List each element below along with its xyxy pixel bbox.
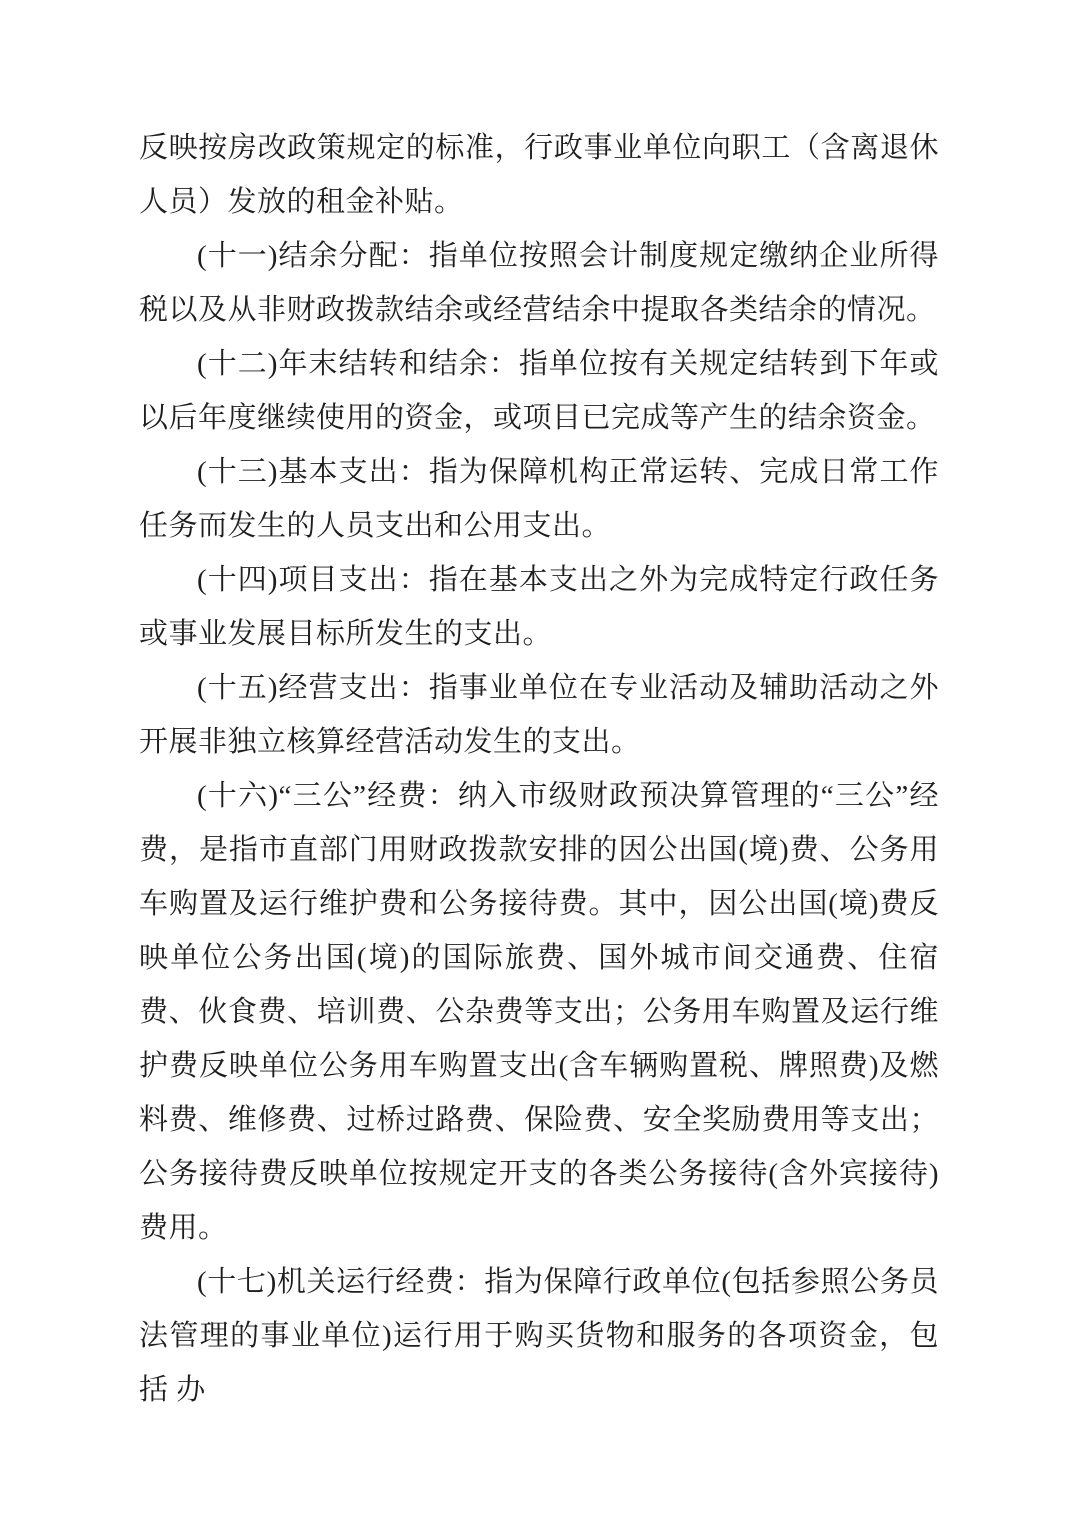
paragraph: (十一)结余分配：指单位按照会计制度规定缴纳企业所得税以及从非财政拨款结余或经营… bbox=[139, 229, 939, 337]
paragraph: (十五)经营支出：指事业单位在专业活动及辅助活动之外开展非独立核算经营活动发生的… bbox=[139, 661, 939, 769]
document-page: 反映按房改政策规定的标准，行政事业单位向职工（含离退休人员）发放的租金补贴。(十… bbox=[0, 0, 1074, 1520]
paragraph: 反映按房改政策规定的标准，行政事业单位向职工（含离退休人员）发放的租金补贴。 bbox=[139, 121, 939, 229]
document-body-text: 反映按房改政策规定的标准，行政事业单位向职工（含离退休人员）发放的租金补贴。(十… bbox=[139, 121, 939, 1417]
paragraph: (十六)“三公”经费：纳入市级财政预决算管理的“三公”经费，是指市直部门用财政拨… bbox=[139, 769, 939, 1255]
paragraph: (十三)基本支出：指为保障机构正常运转、完成日常工作任务而发生的人员支出和公用支… bbox=[139, 445, 939, 553]
paragraph: (十二)年末结转和结余：指单位按有关规定结转到下年或以后年度继续使用的资金，或项… bbox=[139, 337, 939, 445]
paragraph: (十四)项目支出：指在基本支出之外为完成特定行政任务或事业发展目标所发生的支出。 bbox=[139, 553, 939, 661]
paragraph: (十七)机关运行经费：指为保障行政单位(包括参照公务员法管理的事业单位)运行用于… bbox=[139, 1255, 939, 1417]
